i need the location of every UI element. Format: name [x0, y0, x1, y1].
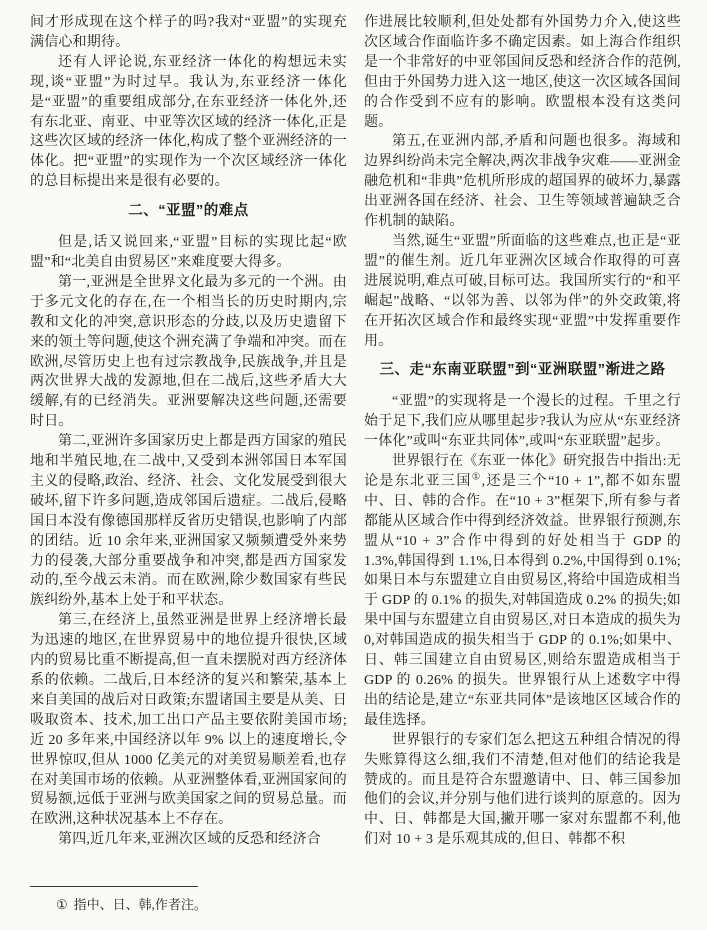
paragraph: 第四,近几年来,亚洲次区域的反恐和经济合 — [30, 830, 347, 850]
right-column: 作进展比较顺利,但处处都有外国势力介入,使这些次区域合作面临许多不确定因素。如上… — [364, 13, 681, 850]
paragraph: 但是,话又说回来,“亚盟”目标的实现比起“欧盟”和“北美自由贸易区”来难度要大得… — [30, 233, 347, 273]
paragraph-text: ,还是三个“10 + 1”,都不如东盟中、日、韩的合作。在“10 + 3”框架下… — [364, 474, 681, 728]
paragraph: 第三,在经济上,虽然亚洲是世界上经济增长最为迅速的地区,在世界贸易中的地位提升很… — [30, 611, 347, 830]
footnote-divider — [30, 886, 198, 887]
paragraph: 世界银行的专家们怎么把这五种组合情况的得失账算得这么细,我们不清楚,但对他们的结… — [364, 731, 681, 850]
paragraph: 第二,亚洲许多国家历史上都是西方国家的殖民地和半殖民地,在二战中,又受到本洲邻国… — [30, 432, 347, 611]
paragraph-continuation: 间才形成现在这个样子的吗?我对“亚盟”的实现充满信心和期待。 — [30, 13, 347, 53]
footnote-marker: ① — [56, 897, 68, 912]
two-column-layout: 间才形成现在这个样子的吗?我对“亚盟”的实现充满信心和期待。 还有人评论说,东亚… — [0, 0, 707, 850]
footnote-ref-marker: ① — [472, 472, 482, 482]
paragraph: “亚盟”的实现将是一个漫长的过程。千里之行始于足下,我们应从哪里起步?我认为应从… — [364, 392, 681, 452]
document-page: 间才形成现在这个样子的吗?我对“亚盟”的实现充满信心和期待。 还有人评论说,东亚… — [0, 0, 707, 930]
paragraph: 当然,诞生“亚盟”所面临的这些难点,也正是“亚盟”的催生剂。近几年亚洲次区域合作… — [364, 232, 681, 351]
paragraph: 还有人评论说,东亚经济一体化的构想远未实现,谈“亚盟”为时过早。我认为,东亚经济… — [30, 53, 347, 192]
paragraph: 世界银行在《东亚一体化》研究报告中指出:无论是东北亚三国①,还是三个“10 + … — [364, 452, 681, 731]
paragraph: 第一,亚洲是全世界文化最为多元的一个洲。由于多元文化的存在,在一个相当长的历史时… — [30, 273, 347, 432]
section-heading-difficulties: 二、“亚盟”的难点 — [30, 202, 347, 222]
paragraph: 第五,在亚洲内部,矛盾和问题也很多。海域和边界纠纷尚未完全解决,两次非战争灾难—… — [364, 132, 681, 232]
footnote: ①指中、日、韩,作者注。 — [30, 896, 347, 913]
footnote-text: 指中、日、韩,作者注。 — [74, 897, 207, 912]
paragraph-continuation: 作进展比较顺利,但处处都有外国势力介入,使这些次区域合作面临许多不确定因素。如上… — [364, 13, 681, 132]
footnote-area: ①指中、日、韩,作者注。 — [30, 886, 347, 913]
left-column: 间才形成现在这个样子的吗?我对“亚盟”的实现充满信心和期待。 还有人评论说,东亚… — [30, 13, 347, 850]
section-heading-gradual-path: 三、走“东南亚联盟”到“亚洲联盟”渐进之路 — [364, 361, 681, 381]
